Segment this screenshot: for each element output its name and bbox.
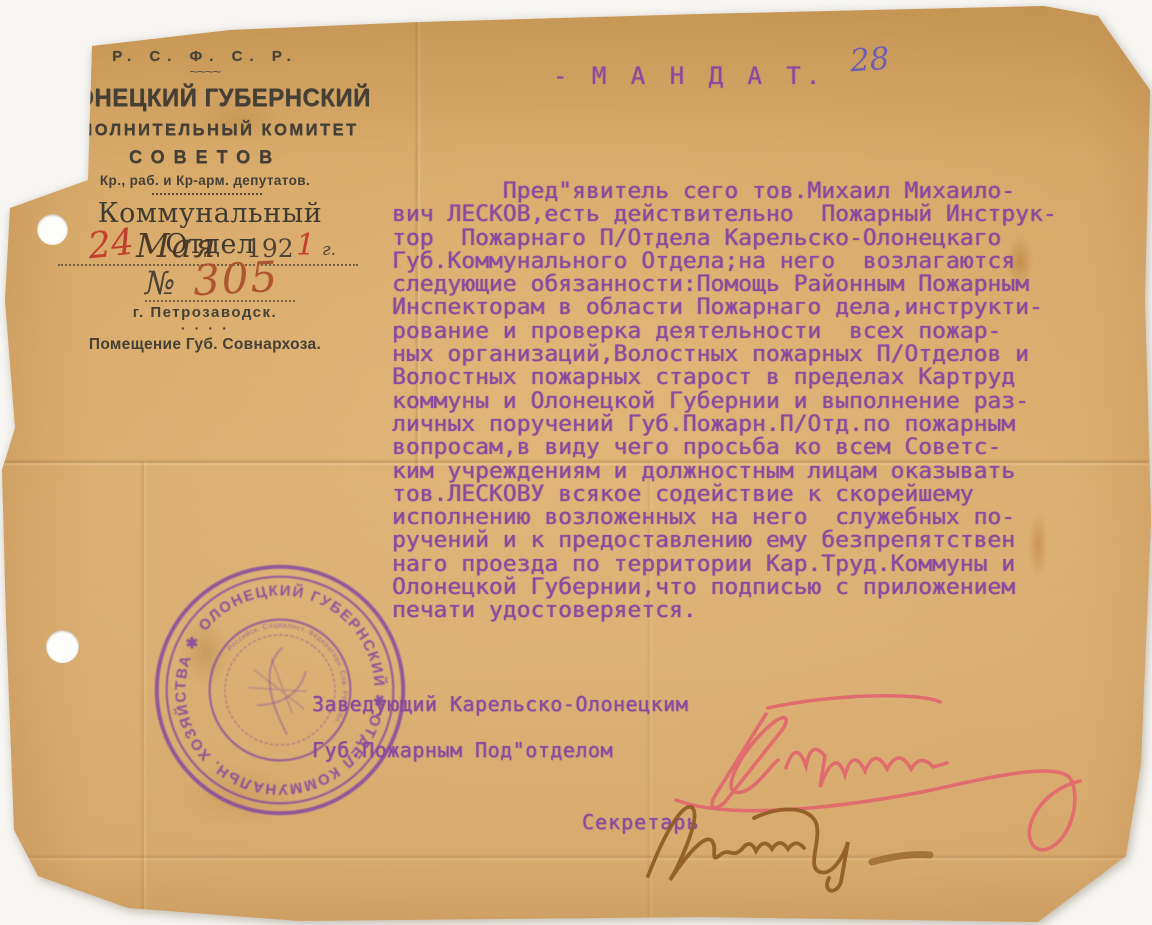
- body-line: вич ЛЕСКОВ,есть действительно Пожарный И…: [392, 204, 1112, 227]
- letterhead-rsfsr: Р. С. Ф. С. Р.: [40, 48, 370, 65]
- letterhead-city: г. Петрозаводск.: [40, 304, 370, 321]
- body-line: печати удостоверяется.: [392, 600, 1112, 623]
- dots-separator: ∙ ∙ ∙ ∙: [40, 320, 370, 336]
- letterhead-location: Помещение Губ. Совнархоза.: [40, 336, 370, 354]
- document-number-line: № 305: [145, 262, 295, 302]
- handwritten-number: 305: [192, 252, 281, 305]
- body-line: тор Пожарнаго П/Отдела Карельско-Олонецк…: [392, 227, 1112, 250]
- handwritten-page-number: 28: [849, 41, 891, 80]
- body-line: ким учреждениям и должностным лицам оказ…: [392, 460, 1112, 483]
- head-signature-ink: [618, 672, 1108, 867]
- secretary-label: Секретарь: [582, 810, 699, 834]
- document-scan: Р. С. Ф. С. Р. ~~~~ ОЛОНЕЦКИЙ ГУБЕРНСКИЙ…: [0, 0, 1152, 925]
- body-line: Губ.Коммунального Отдела;на него возлага…: [392, 250, 1112, 273]
- letterhead-org-name: СОВЕТОВ: [40, 147, 370, 168]
- handwritten-year-digit: 1: [296, 228, 315, 263]
- hole-punch-bottom: [46, 630, 79, 663]
- handwritten-day: 24: [86, 222, 136, 268]
- body-line: рование и проверка деятельности всех пож…: [392, 320, 1112, 343]
- paper-sheet: Р. С. Ф. С. Р. ~~~~ ОЛОНЕЦКИЙ ГУБЕРНСКИЙ…: [0, 0, 1152, 925]
- letterhead-org-name: ИСПОЛНИТЕЛЬНЫЙ КОМИТЕТ: [40, 121, 370, 140]
- body-line: Волостных пожарных старост в пределах Ка…: [392, 367, 1112, 390]
- body-line: исполнению возложенных на него служебных…: [392, 507, 1112, 530]
- body-line: Олонецкой Губернии,что подписью с прилож…: [392, 576, 1112, 599]
- body-line: наго проезда по территории Кар.Труд.Комм…: [392, 553, 1112, 576]
- body-line: тов.ЛЕСКОВУ всякое содействие к скорейше…: [392, 483, 1112, 506]
- body-line: Инспекторам в области Пожарнаго дела,инс…: [392, 297, 1112, 320]
- body-line: ных организаций,Волостных пожарных П/Отд…: [392, 343, 1112, 366]
- body-line: ручений и к предоставлению ему безпрепят…: [392, 530, 1112, 553]
- body-line: Пред"явитель сего тов.Михаил Михаило-: [392, 180, 1112, 203]
- letterhead-flourish: ~~~~: [150, 66, 260, 80]
- body-line: коммуны и Олонецкой Губернии и выполнени…: [392, 390, 1112, 413]
- body-text: Пред"явитель сего тов.Михаил Михаило- ви…: [392, 180, 1112, 623]
- letterhead-separator: [152, 189, 262, 195]
- secretary-signature-ink: [632, 786, 1032, 901]
- body-line: следующие обязанности:Помощь Районным По…: [392, 274, 1112, 297]
- number-sign: №: [145, 264, 175, 302]
- year-suffix: г.: [322, 240, 336, 260]
- letterhead-org-name: ОЛОНЕЦКИЙ ГУБЕРНСКИЙ: [35, 84, 375, 113]
- body-line: личных поручений Губ.Пожарн.П/Отд.по пож…: [392, 413, 1112, 436]
- head-title-line2: Губ.Пожарным Под"отделом: [312, 738, 613, 762]
- head-title-line1: Заведующий Карельско-Олонецким: [312, 692, 688, 716]
- body-line: вопросам,в виду чего просьба ко всем Сов…: [392, 437, 1112, 460]
- letterhead-org-subtitle: Кр., раб. и Кр-арм. депутатов.: [40, 173, 370, 188]
- mandate-title: - М А Н Д А Т.: [553, 62, 825, 90]
- fold-crease-horizontal: [0, 854, 1152, 861]
